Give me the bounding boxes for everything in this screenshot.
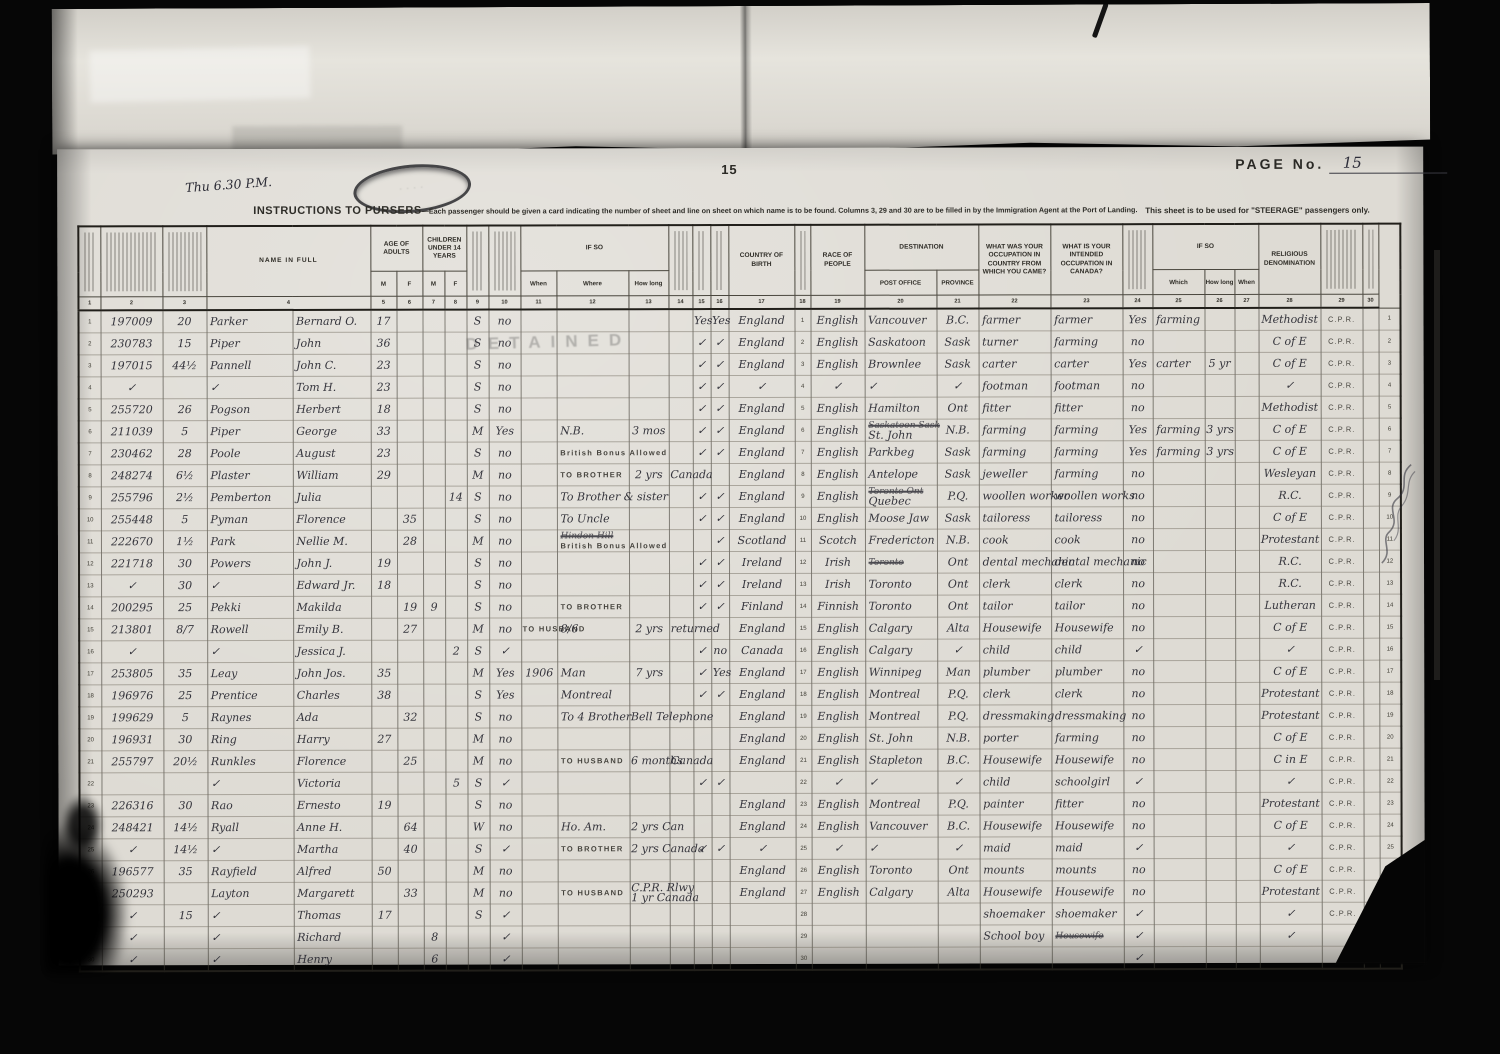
cell-post: Montreal — [866, 793, 938, 815]
cell-pnum: 10 — [79, 509, 101, 531]
cell-cpr: C.P.R. — [1322, 858, 1364, 880]
cell-when2 — [1235, 330, 1259, 352]
cell-prov: P.Q. — [937, 485, 979, 507]
cell-prov: B.C. — [937, 749, 979, 771]
cell-relig: ✓ — [1260, 902, 1322, 924]
cell-which — [1154, 815, 1206, 837]
cell-write — [712, 904, 730, 926]
cell-ticket: 211039 — [101, 421, 163, 443]
cell-able: ✓ — [1124, 925, 1154, 947]
cell-occ2: farming — [1051, 331, 1123, 353]
cell-country: Canada — [729, 639, 795, 661]
cell-incan: no — [489, 486, 521, 508]
cell-race: English — [811, 705, 865, 727]
cell-ticket: 255796 — [101, 487, 163, 509]
cell-post: Vancouver — [866, 815, 938, 837]
cell-rnum: 1 — [1379, 308, 1401, 331]
header-cell: DESTINATION — [864, 225, 978, 271]
cell-civ — [1363, 506, 1379, 528]
cell-race: Scotch — [811, 529, 865, 551]
cell-incan: ✓ — [490, 948, 522, 971]
cell-given: Florence — [293, 508, 371, 530]
cell-write: ✓ — [711, 332, 729, 354]
cell-when2 — [1235, 572, 1259, 594]
cell-prov: Ont — [937, 573, 979, 595]
cell-where: Ho. Am. — [558, 816, 630, 838]
cell-relig: ✓ — [1259, 374, 1321, 396]
cell-chM — [423, 684, 445, 706]
cell-marital: M — [468, 882, 490, 904]
cell-marital: S — [467, 376, 489, 398]
cell-surname: Raynes — [207, 706, 293, 728]
paper-crease — [740, 6, 753, 156]
cell-occ2: schoolgirl — [1052, 771, 1124, 793]
cell-write — [712, 860, 730, 882]
cell-where: TO HUSBAND — [558, 882, 630, 904]
cell-midn: 8 — [795, 463, 811, 485]
cell-occ1: clerk — [979, 573, 1051, 595]
cell-incan: no — [489, 508, 521, 530]
cell-occ1: Housewife — [980, 881, 1052, 903]
header-cell — [466, 226, 488, 297]
cell-howlong — [629, 376, 669, 398]
cell-when2 — [1235, 528, 1259, 550]
cell-relig — [1260, 946, 1322, 969]
cell-given: Jessica J. — [293, 640, 371, 662]
cell-read: ✓ — [693, 684, 711, 706]
cell-pnum: 12 — [79, 553, 101, 575]
cell-cpr: C.P.R. — [1322, 880, 1364, 902]
cell-howlong — [630, 860, 670, 882]
cell-when2 — [1235, 484, 1259, 506]
cell-post: ✓ — [865, 771, 937, 793]
cell-pnum: 11 — [79, 531, 101, 553]
cell-given: Thomas — [294, 904, 372, 926]
cell-read: ✓ — [693, 596, 711, 618]
cell-occ1: farmer — [979, 308, 1051, 331]
cell-relig: Wesleyan — [1259, 462, 1321, 484]
cell-occ1: School boy — [980, 925, 1052, 947]
cell-howlong: 3 mos — [629, 420, 669, 442]
cell-incan: ✓ — [490, 838, 522, 860]
cell-incan: no — [490, 860, 522, 882]
cell-civ — [1363, 308, 1379, 331]
cell-ageF — [397, 376, 423, 398]
cell-read — [694, 860, 712, 882]
cell-occ2: woollen works — [1051, 485, 1123, 507]
cell-post: Calgary — [865, 639, 937, 661]
cell-howlong: 2 yrs — [629, 464, 669, 486]
cell-amount: 30 — [163, 795, 207, 817]
cell-able: no — [1123, 507, 1153, 529]
cell-midn: 15 — [795, 617, 811, 639]
header-cell — [1122, 224, 1152, 295]
cell-chF — [445, 464, 467, 486]
cell-relig: Protestant — [1259, 528, 1321, 550]
cell-when2 — [1235, 462, 1259, 484]
cell-amount: 35 — [164, 861, 208, 883]
cell-read — [694, 904, 712, 926]
sheet-number: 15 — [721, 162, 738, 177]
cell-ageF: 40 — [398, 838, 424, 860]
cell-country: England — [729, 683, 795, 705]
cell-given: Henry — [294, 948, 372, 971]
cell-prov — [938, 925, 980, 947]
cell-intend — [669, 574, 693, 596]
cell-when — [521, 706, 557, 728]
cell-rnum: 23 — [1380, 792, 1402, 814]
cell-intend — [669, 420, 693, 442]
cell-amount — [163, 641, 207, 663]
cell-read — [694, 948, 712, 971]
header-cell: WHAT IS YOUR INTENDED OCCUPATION IN CANA… — [1050, 224, 1122, 295]
cell-howl2 — [1206, 880, 1236, 902]
cell-where: British Bonus Allowed — [557, 442, 629, 464]
cell-prov: N.B. — [937, 727, 979, 749]
cell-chF — [446, 816, 468, 838]
header-cell: 5 — [370, 296, 396, 310]
cell-midn: 3 — [795, 353, 811, 375]
cell-when2 — [1235, 748, 1259, 770]
cell-post: Vancouver — [865, 309, 937, 332]
cell-ageM: 19 — [371, 794, 397, 816]
cell-rnum: 5 — [1379, 396, 1401, 418]
cell-write: ✓ — [711, 442, 729, 464]
cell-amount: 25 — [163, 685, 207, 707]
cell-where — [557, 640, 629, 662]
cell-howlong — [630, 926, 670, 948]
cell-post: Moose Jaw — [865, 507, 937, 529]
cell-marital: M — [467, 662, 489, 684]
manifest-row: 92557962½PembertonJulia14SnoTo Brother &… — [79, 484, 1401, 509]
cell-ageF — [397, 442, 423, 464]
header-cell: WHAT WAS YOUR OCCUPATION IN COUNTRY FROM… — [978, 224, 1050, 295]
cell-given: George — [293, 420, 371, 442]
cell-amount: 1½ — [163, 531, 207, 553]
cell-surname: Rao — [207, 794, 293, 816]
cell-civ — [1363, 638, 1379, 660]
cell-occ2: dressmaking — [1051, 705, 1123, 727]
page-number: PAGE No. 15 — [1235, 155, 1447, 175]
cell-ageF — [397, 398, 423, 420]
cell-given: Tom H. — [293, 376, 371, 398]
cell-post: Toronto — [865, 573, 937, 595]
cell-post: Toronto — [865, 551, 937, 573]
cell-relig: Protestant — [1260, 880, 1322, 902]
cell-race: English — [812, 815, 866, 837]
cell-marital: M — [467, 728, 489, 750]
cell-able: no — [1123, 485, 1153, 507]
cell-marital: S — [467, 684, 489, 706]
cell-read: ✓ — [693, 552, 711, 574]
cell-write: no — [711, 640, 729, 662]
cell-able: no — [1123, 661, 1153, 683]
cell-which — [1154, 925, 1206, 947]
header-cell — [692, 225, 710, 296]
cell-occ2: cook — [1051, 529, 1123, 551]
cell-amount: 44½ — [163, 355, 207, 377]
cell-chF — [445, 750, 467, 772]
cell-country: England — [729, 331, 795, 353]
cell-pnum: 4 — [79, 377, 101, 399]
cell-incan: Yes — [489, 662, 521, 684]
cell-given: John Jos. — [293, 662, 371, 684]
cell-cpr: C.P.R. — [1321, 440, 1363, 462]
cell-amount: 5 — [163, 421, 207, 443]
cell-howl2 — [1205, 616, 1235, 638]
cell-prov: Ont — [938, 859, 980, 881]
cell-race: English — [811, 441, 865, 463]
header-cell: 11 — [520, 296, 556, 310]
header-cell: 25 — [1153, 295, 1205, 309]
cell-when2 — [1235, 550, 1259, 572]
cell-race: Irish — [811, 573, 865, 595]
cell-occ1: dental mechanic — [979, 551, 1051, 573]
cell-howl2 — [1205, 330, 1235, 352]
manifest-row: 191996295RaynesAda32SnoTo 4 BrotherBell … — [79, 704, 1401, 729]
cell-intend — [669, 596, 693, 618]
cell-ageF — [397, 684, 423, 706]
cell-intend: Canada — [669, 464, 693, 486]
cell-race: English — [811, 331, 865, 353]
cell-race: Finnish — [811, 595, 865, 617]
cell-civ — [1363, 462, 1379, 484]
cell-surname: Pogson — [207, 398, 293, 420]
cell-read — [694, 816, 712, 838]
cell-civ — [1363, 440, 1379, 462]
cell-howl2: 5 yr — [1205, 352, 1235, 374]
header-cell: When — [520, 271, 556, 296]
cell-occ2: farming — [1051, 463, 1123, 485]
cell-occ1: woollen worker — [979, 485, 1051, 507]
cell-write — [711, 728, 729, 750]
manifest-row: 319701544½PannellJohn C.23Sno✓✓England3E… — [79, 352, 1401, 377]
cell-midn: 5 — [795, 397, 811, 419]
cell-amount: 5 — [163, 707, 207, 729]
cell-intend: returned — [669, 618, 693, 640]
cell-chF — [445, 508, 467, 530]
cell-howl2 — [1206, 946, 1236, 969]
cell-occ2: Housewife — [1052, 881, 1124, 903]
cell-ticket: 255720 — [101, 399, 163, 421]
cell-occ1: tailoress — [979, 507, 1051, 529]
cell-ageF — [397, 464, 423, 486]
cell-chF — [445, 728, 467, 750]
cell-which — [1154, 771, 1206, 793]
cell-when2 — [1235, 682, 1259, 704]
cell-occ1: child — [979, 639, 1051, 661]
cell-write: ✓ — [711, 354, 729, 376]
cell-write: ✓ — [711, 574, 729, 596]
cell-midn: 12 — [795, 551, 811, 573]
cell-civ — [1364, 814, 1380, 836]
cell-chM — [423, 662, 445, 684]
cell-marital: S — [467, 508, 489, 530]
cell-read: ✓ — [693, 332, 711, 354]
cell-ageM — [371, 596, 397, 618]
cell-occ2: Housewife — [1051, 749, 1123, 771]
cell-intend — [670, 860, 694, 882]
cell-surname: Pyman — [207, 508, 293, 530]
cell-howl2 — [1205, 308, 1235, 331]
header-cell: 2 — [100, 297, 162, 311]
cell-given: John J. — [293, 552, 371, 574]
cell-intend — [669, 376, 693, 398]
cell-when2 — [1235, 374, 1259, 396]
cell-post: Parkbeg — [865, 441, 937, 463]
scanned-manifest-page: PAGE No. 15 15 Thu 6.30 P.M. · · · · INS… — [0, 0, 1500, 1054]
manifest-row: 2125579720½RunklesFlorence25MnoTO HUSBAN… — [79, 748, 1401, 773]
cell-ticket: 222670 — [101, 531, 163, 553]
cell-surname: ✓ — [207, 376, 293, 398]
cell-race: English — [811, 639, 865, 661]
cell-able: no — [1123, 529, 1153, 551]
cell-howl2: 3 yrs — [1205, 440, 1235, 462]
cell-which: farming — [1153, 419, 1205, 441]
cell-which — [1153, 529, 1205, 551]
cell-prov: Ont — [937, 551, 979, 573]
header-cell: M — [370, 271, 396, 296]
cell-post: Calgary — [865, 617, 937, 639]
cell-when — [521, 596, 557, 618]
cell-occ2: plumber — [1051, 661, 1123, 683]
cell-midn: 9 — [795, 485, 811, 507]
cell-howl2 — [1205, 374, 1235, 396]
header-cell: F — [444, 271, 466, 296]
manifest-row: 223078315PiperJohn36Sno✓✓England2English… — [79, 330, 1401, 355]
manifest-row: 62110395PiperGeorge33MYesN.B.3 mos✓✓Engl… — [79, 418, 1401, 443]
cell-amount: 35 — [163, 663, 207, 685]
header-cell: F — [396, 271, 422, 296]
cell-where: To Uncle — [557, 508, 629, 530]
cell-relig: C of E — [1260, 858, 1322, 880]
page-number-label: PAGE No. — [1235, 156, 1324, 172]
cell-race — [812, 947, 866, 970]
cell-chF — [445, 662, 467, 684]
cell-ageM: 23 — [371, 442, 397, 464]
cell-intend: Canada — [669, 750, 693, 772]
cell-ageM — [372, 948, 398, 971]
cell-chF — [446, 860, 468, 882]
cell-given: Margarett — [294, 882, 372, 904]
cell-country: Scotland — [729, 529, 795, 551]
cell-prov: Sask — [937, 441, 979, 463]
cell-howlong — [630, 948, 670, 971]
cell-civ — [1363, 704, 1379, 726]
cell-incan: no — [490, 794, 522, 816]
cell-amount: 6½ — [163, 465, 207, 487]
cell-ageM — [372, 926, 398, 948]
cell-howlong — [629, 772, 669, 794]
cell-chM — [423, 464, 445, 486]
cell-cpr: C.P.R. — [1321, 550, 1363, 572]
cell-which — [1153, 331, 1205, 353]
cell-ageF: 27 — [397, 618, 423, 640]
manifest-row: 112226701½ParkNellie M.28MnoHindon HillB… — [79, 528, 1401, 553]
cell-ageM — [371, 706, 397, 728]
header-cell — [1378, 224, 1400, 308]
cell-read: ✓ — [693, 420, 711, 442]
cell-country: Finland — [729, 595, 795, 617]
cell-chM — [424, 882, 446, 904]
cell-howlong — [629, 640, 669, 662]
header-cell: How long — [1204, 269, 1234, 294]
header-cell: When — [1234, 269, 1258, 294]
cell-surname: Powers — [207, 552, 293, 574]
manifest-row: 82482746½PlasterWilliam29MnoTO BROTHER2 … — [79, 462, 1401, 487]
header-cell: 10 — [488, 296, 520, 310]
cell-howlong: 6 months — [629, 750, 669, 772]
cell-ticket: 200295 — [101, 597, 163, 619]
cell-able: no — [1124, 793, 1154, 815]
cell-ageF — [397, 640, 423, 662]
cell-race: English — [812, 793, 866, 815]
cell-ageF — [397, 420, 423, 442]
cell-amount: 15 — [163, 333, 207, 355]
cell-chF — [445, 794, 467, 816]
cell-occ1: cook — [979, 529, 1051, 551]
cell-occ1: plumber — [979, 661, 1051, 683]
cell-occ2: carter — [1051, 353, 1123, 375]
cell-chF — [445, 574, 467, 596]
cell-cpr: C.P.R. — [1321, 374, 1363, 396]
cell-occ2: fitter — [1052, 793, 1124, 815]
cell-when2 — [1236, 924, 1260, 946]
cell-chM — [423, 750, 445, 772]
cell-ageM — [371, 618, 397, 640]
cell-howl2 — [1205, 704, 1235, 726]
cell-prov: P.Q. — [937, 683, 979, 705]
cell-howlong: 2 yrs Canada — [630, 838, 670, 860]
cell-howl2 — [1205, 506, 1235, 528]
cell-given: Herbert — [293, 398, 371, 420]
cell-midn: 17 — [795, 661, 811, 683]
cell-midn: 6 — [795, 419, 811, 441]
cell-race: English — [811, 507, 865, 529]
cell-occ2: child — [1051, 639, 1123, 661]
cell-civ — [1363, 660, 1379, 682]
cell-rnum: 2 — [1379, 330, 1401, 352]
manifest-row: 25✓14½✓Martha40S✓TO BROTHER2 yrs Canada✓… — [80, 836, 1402, 861]
cell-when2 — [1235, 440, 1259, 462]
cell-rnum: 14 — [1379, 594, 1401, 616]
cell-when2 — [1236, 946, 1260, 969]
cell-surname: Pemberton — [207, 486, 293, 508]
cell-able: ✓ — [1124, 771, 1154, 793]
cell-when: 1906 — [521, 662, 557, 684]
cell-midn: 25 — [796, 837, 812, 859]
cell-chF — [445, 596, 467, 618]
cell-prov: Sask — [937, 507, 979, 529]
cell-ageM: 18 — [371, 398, 397, 420]
instructions: INSTRUCTIONS TO PURSERS—Each passenger s… — [253, 199, 1153, 219]
cell-civ — [1364, 792, 1380, 814]
cell-civ — [1363, 418, 1379, 440]
cell-write — [712, 882, 730, 904]
cell-intend — [670, 794, 694, 816]
header-cell: 26 — [1205, 294, 1235, 308]
cell-marital: S — [468, 904, 490, 926]
cell-given: Harry — [293, 728, 371, 750]
cell-surname: ✓ — [208, 904, 294, 926]
cell-country: England — [729, 485, 795, 507]
cell-incan: no — [488, 309, 520, 332]
cell-intend — [669, 640, 693, 662]
cell-which — [1153, 485, 1205, 507]
cell-which — [1154, 881, 1206, 903]
cell-ageF — [398, 860, 424, 882]
cell-race: English — [811, 353, 865, 375]
